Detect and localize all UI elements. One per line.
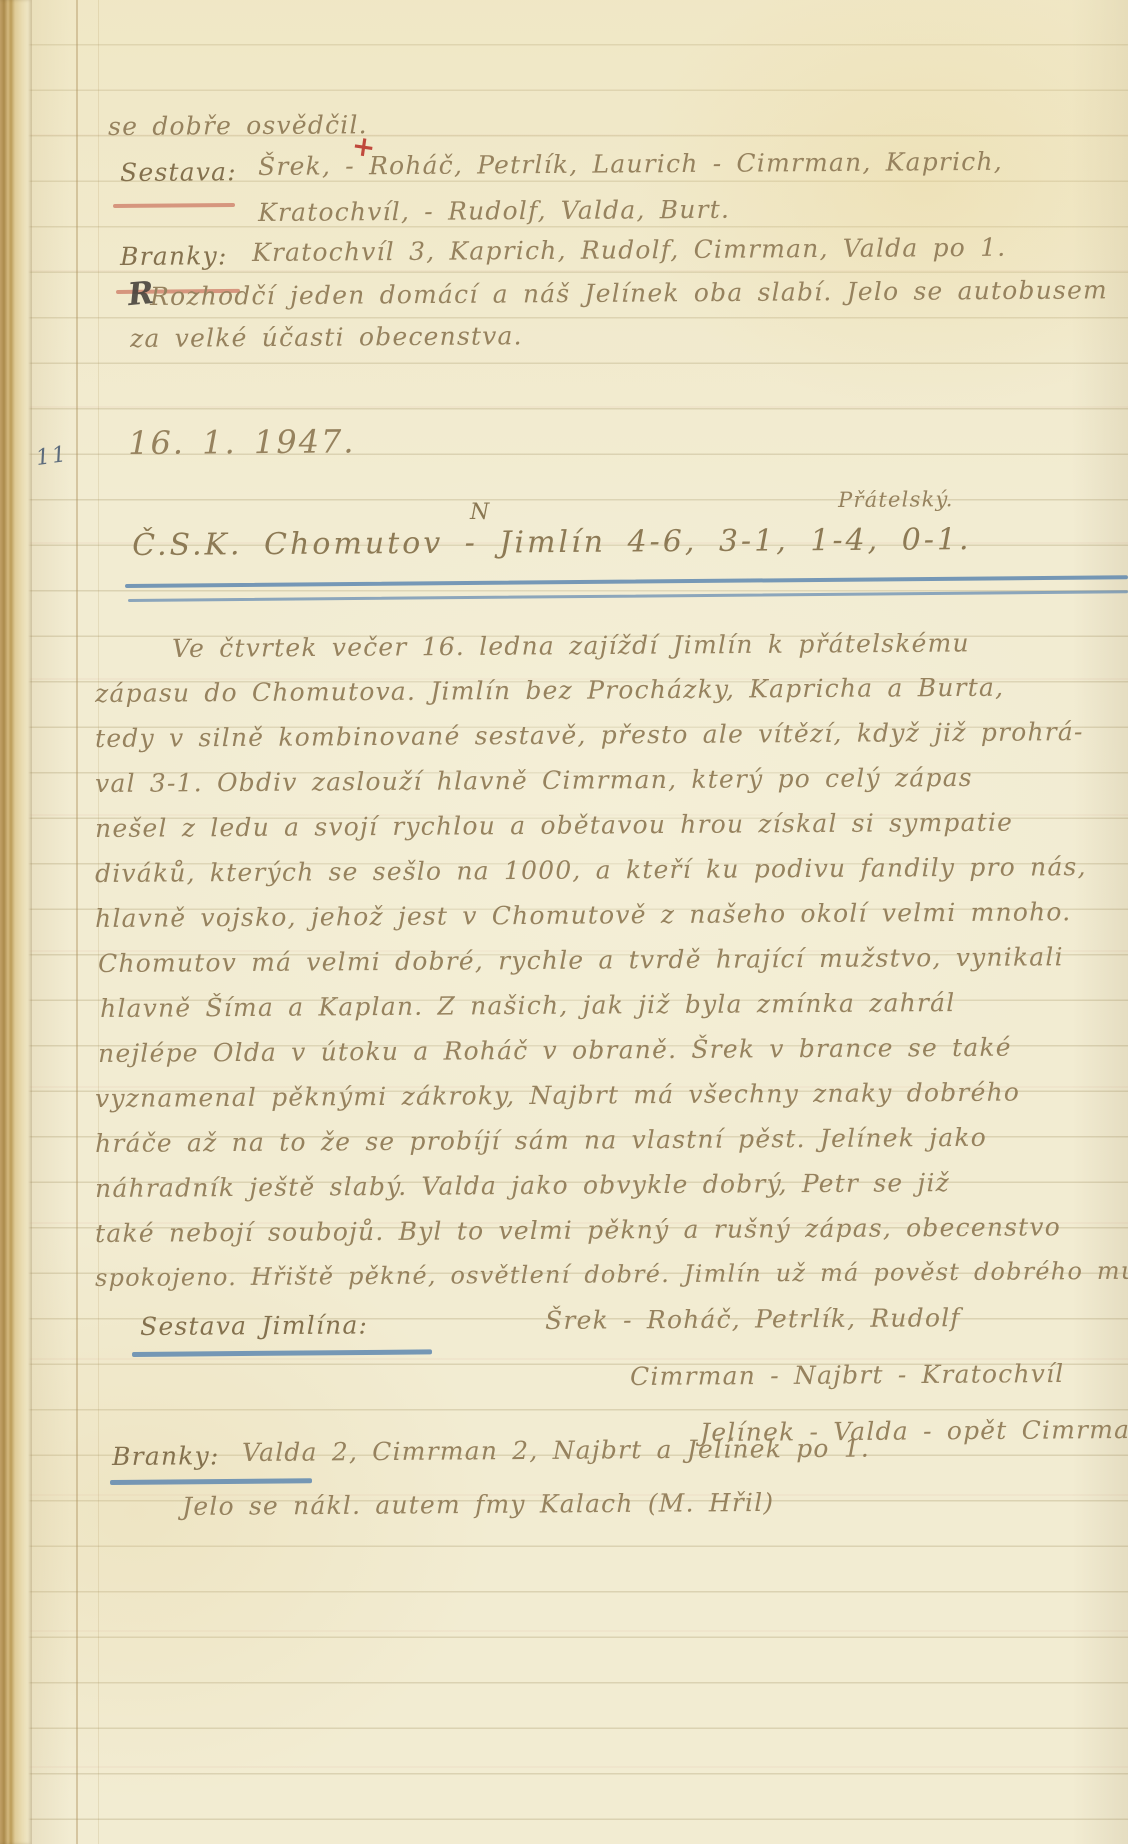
margin-page-mark: 11	[34, 442, 69, 471]
blue-underline-heading-2	[128, 590, 1128, 602]
report-line: diváků, kterých se sešlo na 1000, a kteř…	[95, 852, 1087, 888]
report-line: spokojeno. Hřiště pěkné, osvětlení dobré…	[95, 1256, 1128, 1292]
lineup-label-bottom: Sestava Jimlína:	[140, 1310, 368, 1341]
match-type-note: Přátelský.	[838, 487, 954, 512]
report-line: nejlépe Olda v útoku a Roháč v obraně. Š…	[98, 1033, 1012, 1068]
lineup-players-line-1: Šrek, - Roháč, Petrlík, Laurich - Cimrma…	[258, 147, 1003, 181]
report-line: náhradník ještě slabý. Valda jako obvykl…	[95, 1168, 950, 1203]
lineup-players-line-2: Kratochvíl, - Rudolf, Valda, Burt.	[258, 195, 730, 227]
match-heading: Č.S.K. Chomutov - Jimlín 4-6, 3-1, 1-4, …	[132, 522, 972, 563]
notebook-page: 11 se dobře osvědčil. Sestava: + Šrek, -…	[0, 0, 1128, 1844]
goals-label-bottom: Branky:	[112, 1441, 220, 1471]
report-line: Ve čtvrtek večer 16. ledna zajíždí Jimlí…	[172, 628, 970, 663]
report-line: nešel z ledu a svojí rychlou a obětavou …	[95, 808, 1013, 843]
goals-label-top: Branky:	[120, 241, 228, 271]
report-line: vyznamenal pěknými zákroky, Najbrt má vš…	[95, 1078, 1020, 1113]
referee-note-line-2: za velké účasti obecenstva.	[130, 321, 523, 353]
entry-date: 16. 1. 1947.	[128, 422, 356, 462]
goals-text-bottom: Valda 2, Cimrman 2, Najbrt a Jelínek po …	[242, 1434, 870, 1467]
book-binding-edge	[0, 0, 32, 1844]
referee-note-line-1: Rozhodčí jeden domácí a náš Jelínek oba …	[150, 275, 1108, 311]
report-line: hlavně Šíma a Kaplan. Z našich, jak již …	[100, 988, 956, 1023]
report-line: tedy v silně kombinované sestavě, přesto…	[95, 717, 1084, 753]
lineup-row-2: Cimrman - Najbrt - Kratochvíl	[630, 1359, 1065, 1391]
lineup-label-top: Sestava:	[120, 157, 237, 187]
red-underline-sestava	[113, 203, 235, 208]
blue-underline-goals	[110, 1478, 312, 1485]
previous-entry-closing-line: se dobře osvědčil.	[108, 110, 368, 141]
report-line: zápasu do Chomutova. Jimlín bez Procházk…	[95, 673, 1004, 708]
insertion-mark: N	[470, 500, 489, 525]
report-line: také nebojí soubojů. Byl to velmi pěkný …	[95, 1212, 1061, 1248]
blue-underline-heading-1	[125, 575, 1128, 588]
lineup-row-1: Šrek - Roháč, Petrlík, Rudolf	[545, 1303, 961, 1335]
report-line: val 3-1. Obdiv zaslouží hlavně Cimrman, …	[95, 763, 973, 798]
margin-rule-line	[76, 0, 78, 1844]
report-line: Chomutov má velmi dobré, rychle a tvrdě …	[98, 942, 1064, 978]
report-line: hráče až na to že se probíjí sám na vlas…	[95, 1123, 987, 1158]
report-line: hlavně vojsko, jehož jest v Chomutově z …	[95, 897, 1071, 933]
goals-text-top: Kratochvíl 3, Kaprich, Rudolf, Cimrman, …	[252, 233, 1006, 267]
blue-underline-lineup	[132, 1349, 432, 1357]
travel-note: Jelo se nákl. autem fmy Kalach (M. Hřil)	[182, 1488, 774, 1521]
